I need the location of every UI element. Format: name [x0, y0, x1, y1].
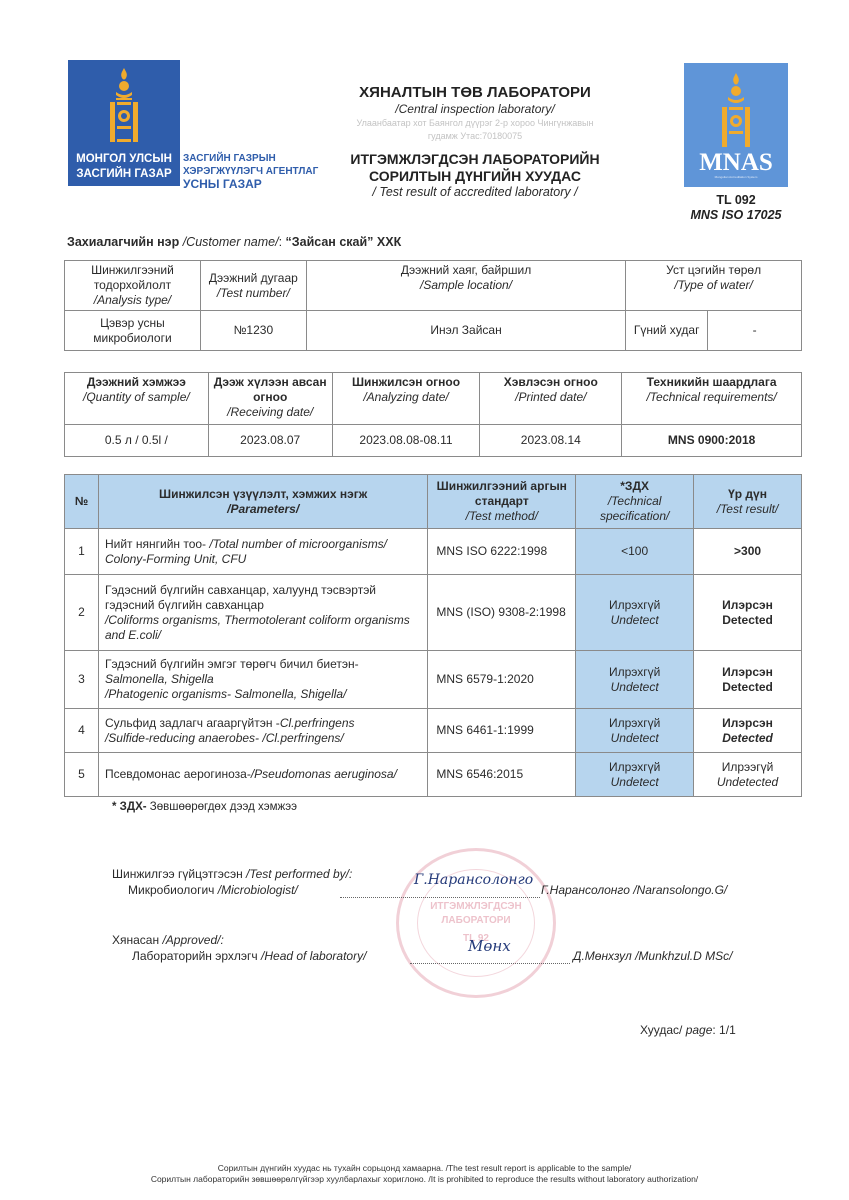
mnas-logo: MNAS Mongolian Accreditation System	[684, 63, 788, 187]
header-test-result: Үр дүн/Test result/	[694, 475, 802, 529]
customer-label-en: /Customer name/	[183, 235, 279, 249]
header-analyzing-date: Шинжилсэн огноо/Analyzing date/	[332, 373, 480, 425]
result-cell: ИлрээгүйUndetected	[694, 753, 802, 797]
spec-cell: ИлрэхгүйUndetect	[576, 651, 694, 709]
header-parameters: Шинжилсэн үзүүлэлт, хэмжих нэгж/Paramete…	[98, 475, 427, 529]
water-type-value: -	[708, 311, 802, 351]
performer-role: Микробиологич /Microbiologist/	[128, 883, 298, 897]
customer-label: Захиалагчийн нэр	[67, 235, 179, 249]
bottom-note-2: Сорилтын лабораторийн зөвшөөрөлгүйгээр х…	[0, 1174, 849, 1184]
spec-cell: <100	[576, 529, 694, 575]
parameters-table: № Шинжилсэн үзүүлэлт, хэмжих нэгж/Parame…	[64, 474, 802, 797]
water-type-label: Гүний худаг	[626, 311, 708, 351]
table-row: 2 Гэдэсний бүлгийн савханцар, халуунд тэ…	[65, 575, 802, 651]
table-row: 4 Сульфид задлагч агааргүйтэн -Cl.perfri…	[65, 709, 802, 753]
customer-name: “Зайсан скай” ХХК	[286, 235, 402, 249]
header-receiving-date: Дээж хүлээн авсан огноо/Receiving date/	[208, 373, 332, 425]
header-test-method: Шинжилгээний аргын стандарт/Test method/	[428, 475, 576, 529]
header-technical-requirements: Техникийн шаардлага/Technical requiremen…	[622, 373, 802, 425]
parameter-cell: Нийт нянгийн тоо- /Total number of micro…	[98, 529, 427, 575]
spec-cell: ИлрэхгүйUndetect	[576, 575, 694, 651]
table-row: 3 Гэдэсний бүлгийн эмгэг төрөгч бичил би…	[65, 651, 802, 709]
document-title-line-2: СОРИЛТЫН ДҮНГИЙН ХУУДАС	[310, 168, 640, 185]
document-title-line-1: ИТГЭМЖЛЭГДСЭН ЛАБОРАТОРИЙН	[310, 151, 640, 168]
gov-logo-line-2: ЗАСГИЙН ГАЗАР	[68, 167, 180, 182]
lab-name: ХЯНАЛТЫН ТӨВ ЛАБОРАТОРИ	[310, 84, 640, 101]
lab-address-line-1: Улаанбаатар хот Баянгол дүүрэг 2-р хороо…	[310, 118, 640, 129]
header-technical-spec: *ЗДХ/Technical specification/	[576, 475, 694, 529]
table-header-row: Дээжний хэмжээ/Quantity of sample/ Дээж …	[65, 373, 802, 425]
table-header-row: Шинжилгээний тодорхойлолт/Analysis type/…	[65, 261, 802, 311]
row-no: 4	[65, 709, 99, 753]
row-no: 3	[65, 651, 99, 709]
performed-by-label: Шинжилгээ гүйцэтгэсэн /Test performed by…	[112, 867, 352, 881]
header-water-type: Уст цэгийн төрөл/Type of water/	[626, 261, 802, 311]
test-method-cell: MNS 6461-1:1999	[428, 709, 576, 753]
accreditation-info: TL 092 MNS ISO 17025	[664, 193, 808, 223]
soyombo-emblem-icon	[720, 73, 752, 153]
table-row: 1 Нийт нянгийн тоо- /Total number of mic…	[65, 529, 802, 575]
header-no: №	[65, 475, 99, 529]
approver-role: Лабораторийн эрхлэгч /Head of laboratory…	[132, 949, 366, 963]
result-cell: ИлэрсэнDetected	[694, 575, 802, 651]
table-row: Цэвэр усны микробиологи №1230 Инэл Зайса…	[65, 311, 802, 351]
row-no: 2	[65, 575, 99, 651]
spec-cell: ИлрэхгүйUndetect	[576, 753, 694, 797]
lab-name-en: /Central inspection laboratory/	[310, 102, 640, 116]
sample-location-value: Инэл Зайсан	[306, 311, 625, 351]
sample-info-table: Шинжилгээний тодорхойлолт/Analysis type/…	[64, 260, 802, 351]
header-printed-date: Хэвлэсэн огноо/Printed date/	[480, 373, 622, 425]
approved-label: Хянасан /Approved/:	[112, 933, 224, 947]
spec-cell: ИлрэхгүйUndetect	[576, 709, 694, 753]
receiving-date-value: 2023.08.07	[208, 425, 332, 457]
footnote: * ЗДХ- Зөвшөөрөгдөх дээд хэмжээ	[112, 801, 297, 813]
printed-date-value: 2023.08.14	[480, 425, 622, 457]
bottom-note-1: Сорилтын дүнгийн хуудас нь тухайн сорьцо…	[0, 1163, 849, 1173]
result-cell: >300	[694, 529, 802, 575]
parameter-cell: Псевдомонас аерогиноза-/Pseudomonas aeru…	[98, 753, 427, 797]
lab-address-line-2: гудамж Утас:70180075	[310, 131, 640, 142]
quantity-value: 0.5 л / 0.5l /	[65, 425, 209, 457]
table-row: 5 Псевдомонас аерогиноза-/Pseudomonas ae…	[65, 753, 802, 797]
parameter-cell: Сульфид задлагч агааргүйтэн -Cl.perfring…	[98, 709, 427, 753]
test-method-cell: MNS 6579-1:2020	[428, 651, 576, 709]
header-analysis-type: Шинжилгээний тодорхойлолт/Analysis type/	[65, 261, 201, 311]
approver-signature: Мөнх	[468, 937, 511, 955]
mnas-logo-subtext: Mongolian Accreditation System	[684, 175, 788, 179]
laboratory-stamp: ИТГЭМЖЛЭГДСЭН ЛАБОРАТОРИ TL 92	[396, 848, 556, 998]
document-header: ХЯНАЛТЫН ТӨВ ЛАБОРАТОРИ /Central inspect…	[310, 84, 640, 199]
agency-name: ЗАСГИЙН ГАЗРЫН ХЭРЭГЖҮҮЛЭГЧ АГЕНТЛАГ УСН…	[183, 152, 318, 191]
stamp-line-1: ИТГЭМЖЛЭГДСЭН	[399, 901, 553, 912]
stamp-line-2: ЛАБОРАТОРИ	[399, 915, 553, 926]
parameter-cell: Гэдэсний бүлгийн эмгэг төрөгч бичил биет…	[98, 651, 427, 709]
document-title-en: / Test result of accredited laboratory /	[310, 185, 640, 199]
government-logo-text: МОНГОЛ УЛСЫН ЗАСГИЙН ГАЗАР	[68, 152, 180, 182]
agency-line-3: УСНЫ ГАЗАР	[183, 178, 318, 191]
parameter-cell: Гэдэсний бүлгийн савханцар, халуунд тэсв…	[98, 575, 427, 651]
table-row: 0.5 л / 0.5l / 2023.08.07 2023.08.08-08.…	[65, 425, 802, 457]
result-cell: ИлэрсэнDetected	[694, 651, 802, 709]
analyzing-date-value: 2023.08.08-08.11	[332, 425, 480, 457]
mnas-logo-text: MNAS	[684, 149, 788, 177]
row-no: 1	[65, 529, 99, 575]
row-no: 5	[65, 753, 99, 797]
government-logo: МОНГОЛ УЛСЫН ЗАСГИЙН ГАЗАР	[68, 60, 180, 186]
soyombo-emblem-icon	[110, 68, 138, 148]
test-method-cell: MNS ISO 6222:1998	[428, 529, 576, 575]
customer-line: Захиалагчийн нэр /Customer name/: “Зайса…	[67, 235, 401, 249]
performer-name: Г.Нарансолонго /Naransolongo.G/	[541, 883, 727, 897]
technical-requirement-value: MNS 0900:2018	[622, 425, 802, 457]
header-quantity: Дээжний хэмжээ/Quantity of sample/	[65, 373, 209, 425]
footnote-term: * ЗДХ-	[112, 801, 147, 813]
footnote-definition: Зөвшөөрөгдөх дээд хэмжээ	[147, 801, 297, 813]
test-method-cell: MNS 6546:2015	[428, 753, 576, 797]
page-number: Хуудас/ page: 1/1	[640, 1023, 736, 1037]
header-sample-location: Дээжний хаяг, байршил/Sample location/	[306, 261, 625, 311]
table-header-row: № Шинжилсэн үзүүлэлт, хэмжих нэгж/Parame…	[65, 475, 802, 529]
accreditation-standard: MNS ISO 17025	[664, 208, 808, 223]
agency-line-1: ЗАСГИЙН ГАЗРЫН	[183, 152, 318, 165]
result-cell: ИлэрсэнDetected	[694, 709, 802, 753]
accreditation-code: TL 092	[664, 193, 808, 208]
dates-table: Дээжний хэмжээ/Quantity of sample/ Дээж …	[64, 372, 802, 457]
gov-logo-line-1: МОНГОЛ УЛСЫН	[68, 152, 180, 167]
approver-name: Д.Мөнхзул /Munkhzul.D MSc/	[573, 949, 732, 963]
header-test-number: Дээжний дугаар/Test number/	[200, 261, 306, 311]
performer-signature: Г.Нарансолонго	[414, 872, 533, 888]
test-number-value: №1230	[200, 311, 306, 351]
test-method-cell: MNS (ISO) 9308-2:1998	[428, 575, 576, 651]
analysis-type-value: Цэвэр усны микробиологи	[65, 311, 201, 351]
